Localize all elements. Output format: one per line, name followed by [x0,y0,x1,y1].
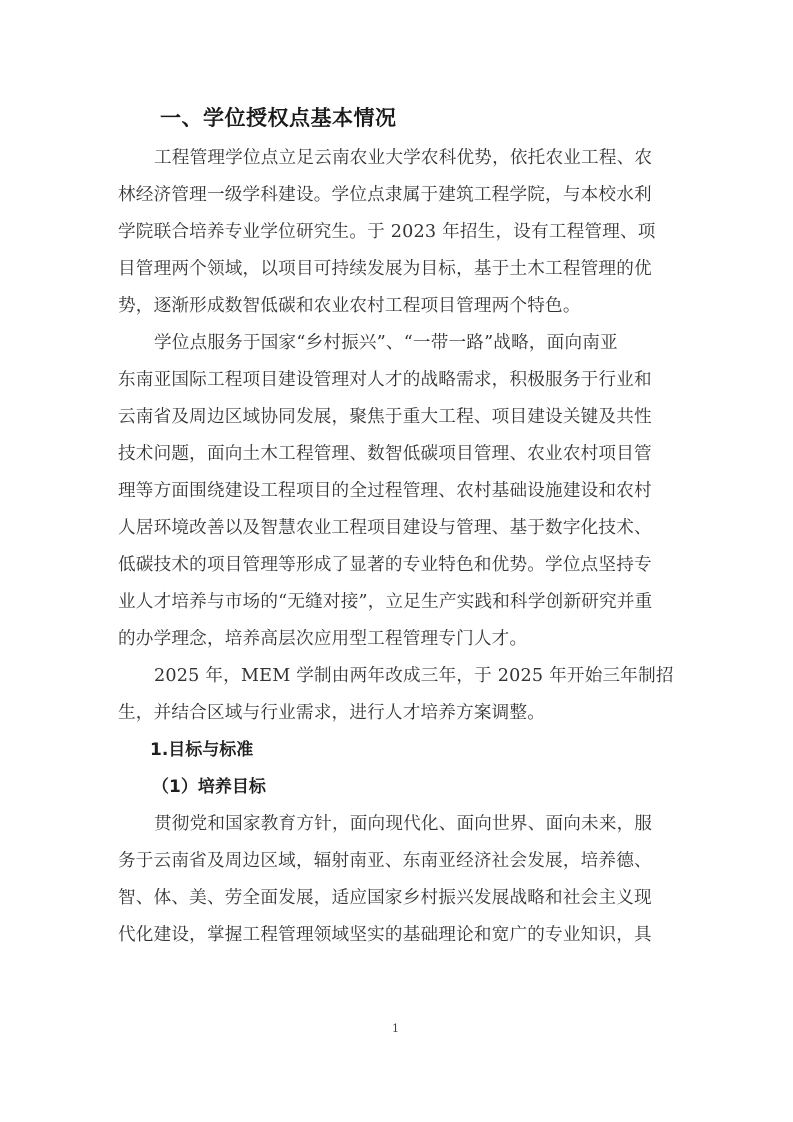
paragraph-line: 智、体、美、劳全面发展，适应国家乡村振兴发展战略和社会主义现 [118,886,678,910]
paragraph-line: 技术问题，面向土木工程管理、数智低碳项目管理、农业农村项目管 [118,442,678,466]
paragraph-line: 工程管理学位点立足云南农业大学农科优势，依托农业工程、农 [154,146,678,170]
paragraph-line: 云南省及周边区域协同发展，聚焦于重大工程、项目建设关键及共性 [118,405,678,429]
paragraph-line: 2025 年，MEM 学制由两年改成三年，于 2025 年开始三年制招 [154,664,678,688]
paragraph-line: 低碳技术的项目管理等形成了显著的专业特色和优势。学位点坚持专 [118,553,678,577]
subsubsection-title: （1）培养目标 [152,775,266,799]
paragraph-line: 林经济管理一级学科建设。学位点隶属于建筑工程学院，与本校水利 [118,183,678,207]
section-title: 一、学位授权点基本情况 [160,104,397,132]
paragraph-line: 人居环境改善以及智慧农业工程项目建设与管理、基于数字化技术、 [118,516,678,540]
paragraph-line: 生，并结合区域与行业需求，进行人才培养方案调整。 [118,701,678,725]
paragraph-line: 务于云南省及周边区域，辐射南亚、东南亚经济社会发展，培养德、 [118,849,678,873]
paragraph-line: 学位点服务于国家“乡村振兴”、“一带一路”战略，面向南亚 [154,331,678,355]
subsection-title: 1.目标与标准 [150,738,253,762]
paragraph-line: 势，逐渐形成数智低碳和农业农村工程项目管理两个特色。 [118,294,678,318]
paragraph-line: 代化建设，掌握工程管理领域坚实的基础理论和宽广的专业知识，具 [118,923,678,947]
paragraph-line: 学院联合培养专业学位研究生。于 2023 年招生，设有工程管理、项 [118,220,678,244]
paragraph-line: 业人才培养与市场的“无缝对接”，立足生产实践和科学创新研究并重 [118,590,678,614]
page-number: 1 [392,1022,399,1035]
paragraph-line: 东南亚国际工程项目建设管理对人才的战略需求，积极服务于行业和 [118,368,678,392]
document-page: 一、学位授权点基本情况 工程管理学位点立足云南农业大学农科优势，依托农业工程、农… [0,0,793,1122]
paragraph-line: 的办学理念，培养高层次应用型工程管理专门人才。 [118,627,678,651]
paragraph-line: 贯彻党和国家教育方针，面向现代化、面向世界、面向未来，服 [154,812,678,836]
paragraph-line: 目管理两个领域，以项目可持续发展为目标，基于土木工程管理的优 [118,257,678,281]
paragraph-line: 理等方面围绕建设工程项目的全过程管理、农村基础设施建设和农村 [118,479,678,503]
